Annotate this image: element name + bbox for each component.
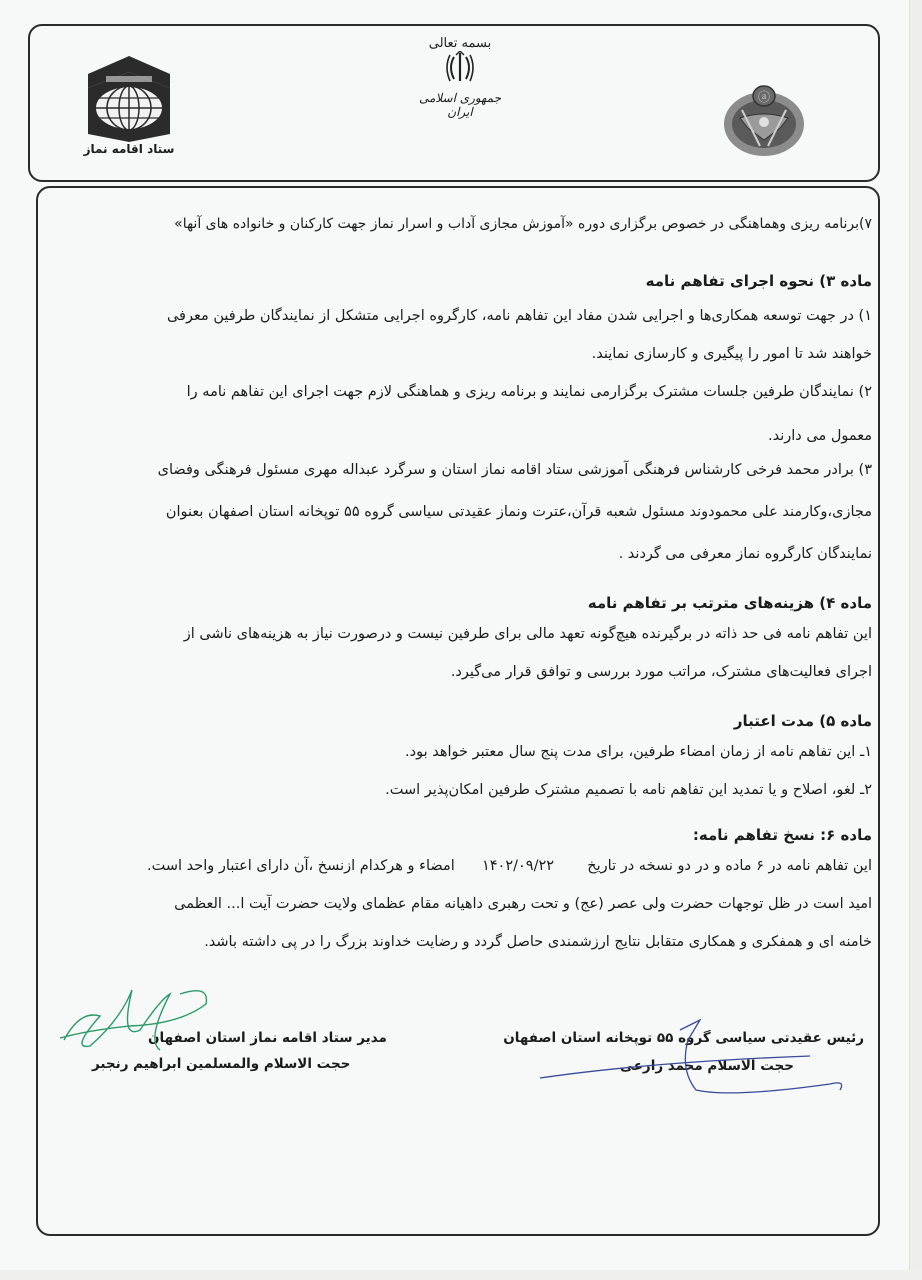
country-name: جمهوری اسلامی ایران: [410, 91, 510, 119]
article-5-heading: ماده ۵) مدت اعتبار: [50, 712, 872, 730]
article-6-line-1-end: امضاء و هرکدام ازنسخ ،آن دارای اعتبار وا…: [147, 858, 455, 874]
article-5-line-2: ۲ـ لغو، اصلاح و یا تمدید این تفاهم نامه …: [50, 782, 872, 798]
article-3-item-3-line-3: نمایندگان کارگروه نماز معرفی می گردند .: [50, 546, 872, 562]
army-emblem-logo: ⓐ: [720, 80, 808, 160]
article-3-item-3-line-1: ۳) برادر محمد فرخی کارشناس فرهنگی آموزشی…: [50, 462, 872, 478]
article-3-item-1-line-1: ۱) در جهت توسعه همکاری‌ها و اجرایی شدن م…: [50, 308, 872, 324]
article-6-line-1-start: این تفاهم نامه در ۶ ماده و در دو نسخه در…: [587, 858, 872, 874]
left-signature-icon: [50, 980, 230, 1070]
svg-text:ⓐ: ⓐ: [758, 90, 770, 104]
iran-coat-of-arms-icon: [445, 51, 475, 85]
page-edge-bottom: [0, 1270, 922, 1280]
page-edge: [909, 0, 922, 1280]
article-3-item-2-line-1: ۲) نمایندگان طرفین جلسات مشترک برگزارمی …: [50, 384, 872, 400]
intro-line: ۷)برنامه ریزی وهماهنگی در خصوص برگزاری د…: [50, 216, 872, 232]
article-3-item-2-line-2: معمول می دارند.: [50, 428, 872, 444]
article-6-date: ۱۴۰۲/۰۹/۲۲: [482, 858, 554, 874]
setad-eqameh-namaz-logo: ستاد اقامه نماز: [80, 52, 178, 172]
globe-kaaba-icon: [80, 52, 178, 142]
right-signature-icon: [530, 1010, 850, 1100]
article-3-item-1-line-2: خواهند شد تا امور را پیگیری و کارسازی نم…: [50, 346, 872, 362]
article-4-line-1: این تفاهم نامه فی حد ذاته در برگیرنده هی…: [50, 626, 872, 642]
article-6-line-2: امید است در ظل توجهات حضرت ولی عصر (عج) …: [50, 896, 872, 912]
iran-emblem: بسمه تعالی جمهوری اسلامی ایران: [410, 36, 510, 119]
article-6-heading: ماده ۶: نسخ تفاهم نامه:: [50, 826, 872, 844]
besmeh-text: بسمه تعالی: [410, 36, 510, 51]
army-emblem-icon: ⓐ: [720, 80, 808, 160]
article-6-line-1: این تفاهم نامه در ۶ ماده و در دو نسخه در…: [50, 858, 872, 874]
article-6-line-3: خامنه ای و همفکری و همکاری متقابل نتایج …: [50, 934, 872, 950]
article-5-line-1: ۱ـ این تفاهم نامه از زمان امضاء طرفین، ب…: [50, 744, 872, 760]
article-4-heading: ماده ۴) هزینه‌های مترتب بر تفاهم نامه: [50, 594, 872, 612]
article-3-heading: ماده ۳) نحوه اجرای تفاهم نامه: [50, 272, 872, 290]
article-4-line-2: اجرای فعالیت‌های مشترک، مراتب مورد بررسی…: [50, 664, 872, 680]
article-3-item-3-line-2: مجازی،وکارمند علی محمودوند مسئول شعبه قر…: [50, 504, 872, 520]
logo-caption: ستاد اقامه نماز: [80, 142, 178, 156]
